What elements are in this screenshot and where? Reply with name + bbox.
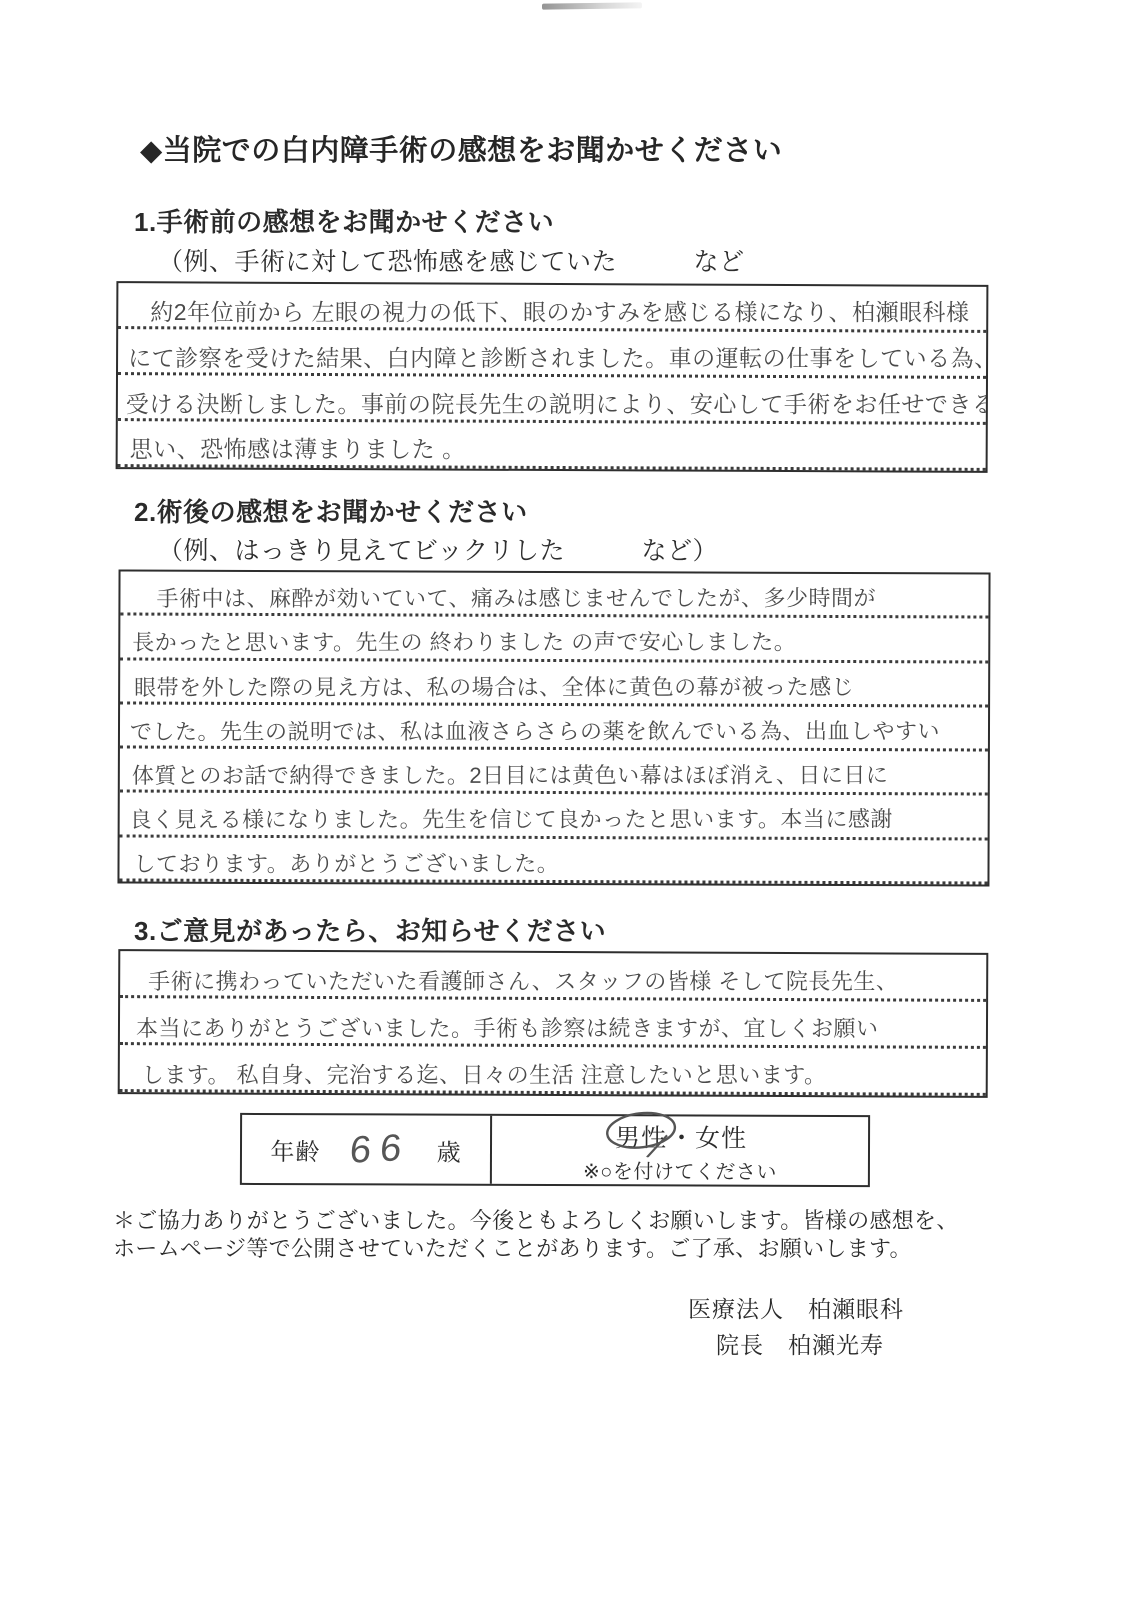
section-1-heading: 1.手術前の感想をお聞かせください bbox=[134, 202, 554, 239]
clinic-name: 医療法人 柏瀬眼科 bbox=[688, 1291, 904, 1324]
gender-cell: 男性 ・ 女性 ※○を付けてください bbox=[492, 1116, 868, 1185]
answer-row: しております。ありがとうございました。 bbox=[119, 837, 987, 884]
gender-note: ※○を付けてください bbox=[583, 1155, 777, 1185]
answer-row: でした。先生の説明では、私は血液さらさらの薬を飲んでいる為、出血しやすい bbox=[120, 704, 988, 751]
handwriting-line: 思い、恐怖感は薄まりました 。 bbox=[118, 435, 466, 464]
scan-artifact bbox=[542, 2, 642, 9]
age-cell: 年齢 66 歳 bbox=[242, 1115, 492, 1184]
section-2-heading: 2.術後の感想をお聞かせください bbox=[134, 492, 528, 529]
handwriting-line: 手術に携わっていただいた看護師さん、スタッフの皆様 そして院長先生、 bbox=[120, 969, 898, 997]
answer-row: 約2年位前から 左眼の視力の低下、眼のかすみを感じる様になり、柏瀬眼科様 bbox=[118, 283, 986, 333]
answer-row: 受ける決断しました。事前の院長先生の説明により、安心して手術をお任せできると bbox=[118, 375, 986, 425]
handwriting-line: 良く見える様になりました。先生を信じて良かったと思います。本当に感謝 bbox=[120, 807, 893, 836]
answer-row: 良く見える様になりました。先生を信じて良かったと思います。本当に感謝 bbox=[120, 793, 988, 840]
handwriting-line: でした。先生の説明では、私は血液さらさらの薬を飲んでいる為、出血しやすい bbox=[120, 718, 940, 747]
answer-row: 体質とのお話で納得できました。2日目には黄色い幕はほぼ消え、日に日に bbox=[120, 749, 988, 796]
answer-row: 手術に携わっていただいた看護師さん、スタッフの皆様 そして院長先生、 bbox=[120, 951, 986, 1002]
footer-note-line-1: ＊ご協力ありがとうございました。今後ともよろしくお願いします。皆様の感想を、 bbox=[113, 1204, 959, 1235]
gender-separator: ・ bbox=[669, 1118, 695, 1154]
age-value: 66 bbox=[345, 1126, 413, 1172]
answer-row: 長かったと思います。先生の 終わりました の声で安心しました。 bbox=[120, 616, 988, 663]
handwriting-line: 体質とのお話で納得できました。2日目には黄色い幕はほぼ消え、日に日に bbox=[120, 763, 889, 792]
gender-options: 男性 ・ 女性 bbox=[613, 1118, 747, 1154]
answer-box-2: 手術中は、麻酔が効いていて、痛みは感じませんでしたが、多少時間が 長かったと思い… bbox=[117, 569, 990, 886]
handwriting-line: 眼帯を外した際の見え方は、私の場合は、全体に黄色の幕が被った感じ bbox=[120, 674, 854, 703]
gender-male-label: 男性 bbox=[615, 1124, 667, 1152]
gender-option-female: 女性 bbox=[695, 1118, 747, 1154]
answer-box-3: 手術に携わっていただいた看護師さん、スタッフの皆様 そして院長先生、 本当にあり… bbox=[118, 949, 989, 1098]
section-3-heading: 3.ご意見があったら、お知らせください bbox=[134, 911, 606, 948]
handwriting-line: 受ける決断しました。事前の院長先生の説明により、安心して手術をお任せできると bbox=[118, 391, 986, 420]
answer-box-1: 約2年位前から 左眼の視力の低下、眼のかすみを感じる様になり、柏瀬眼科様 にて診… bbox=[116, 281, 989, 473]
page-title: ◆当院での白内障手術の感想をお聞かせください bbox=[140, 128, 782, 169]
answer-row: 手術中は、麻酔が効いていて、痛みは感じませんでしたが、多少時間が bbox=[120, 571, 988, 618]
profile-box: 年齢 66 歳 男性 ・ 女性 ※○を付けてください bbox=[240, 1113, 870, 1187]
handwriting-line: 約2年位前から 左眼の視力の低下、眼のかすみを感じる様になり、柏瀬眼科様 bbox=[118, 299, 969, 328]
age-unit: 歳 bbox=[437, 1132, 462, 1167]
footer-note-line-2: ホームページ等で公開させていただくことがあります。ご了承、お願いします。 bbox=[113, 1232, 912, 1263]
director-name: 院長 柏瀬光寿 bbox=[716, 1327, 884, 1360]
section-1-example: （例、手術に対して恐怖感を感じていた など bbox=[158, 242, 745, 278]
handwriting-line: 本当にありがとうございました。手術も診察は続きますが、宜しくお願い bbox=[120, 1015, 879, 1043]
answer-row: にて診察を受けた結果、白内障と診断されました。車の運転の仕事をしている為、手術を bbox=[118, 329, 986, 379]
age-label: 年齢 bbox=[270, 1132, 320, 1167]
handwriting-line: 長かったと思います。先生の 終わりました の声で安心しました。 bbox=[120, 630, 796, 659]
answer-row: 思い、恐怖感は薄まりました 。 bbox=[118, 421, 986, 471]
handwriting-line: にて診察を受けた結果、白内障と診断されました。車の運転の仕事をしている為、手術を bbox=[118, 345, 986, 374]
answer-row: 眼帯を外した際の見え方は、私の場合は、全体に黄色の幕が被った感じ bbox=[120, 660, 988, 707]
scanned-questionnaire-page: ◆当院での白内障手術の感想をお聞かせください 1.手術前の感想をお聞かせください… bbox=[0, 0, 1131, 1600]
gender-option-male: 男性 bbox=[613, 1118, 669, 1154]
answer-row: 本当にありがとうございました。手術も診察は続きますが、宜しくお願い bbox=[120, 998, 986, 1049]
section-2-example: （例、はっきり見えてビックリした など） bbox=[158, 531, 718, 567]
handwriting-line: しております。ありがとうございました。 bbox=[120, 851, 560, 880]
answer-row: します。 私自身、完治する迄、日々の生活 注意したいと思います。 bbox=[120, 1045, 986, 1096]
handwriting-line: します。 私自身、完治する迄、日々の生活 注意したいと思います。 bbox=[120, 1062, 827, 1090]
handwriting-line: 手術中は、麻酔が効いていて、痛みは感じませんでしたが、多少時間が bbox=[120, 585, 876, 614]
